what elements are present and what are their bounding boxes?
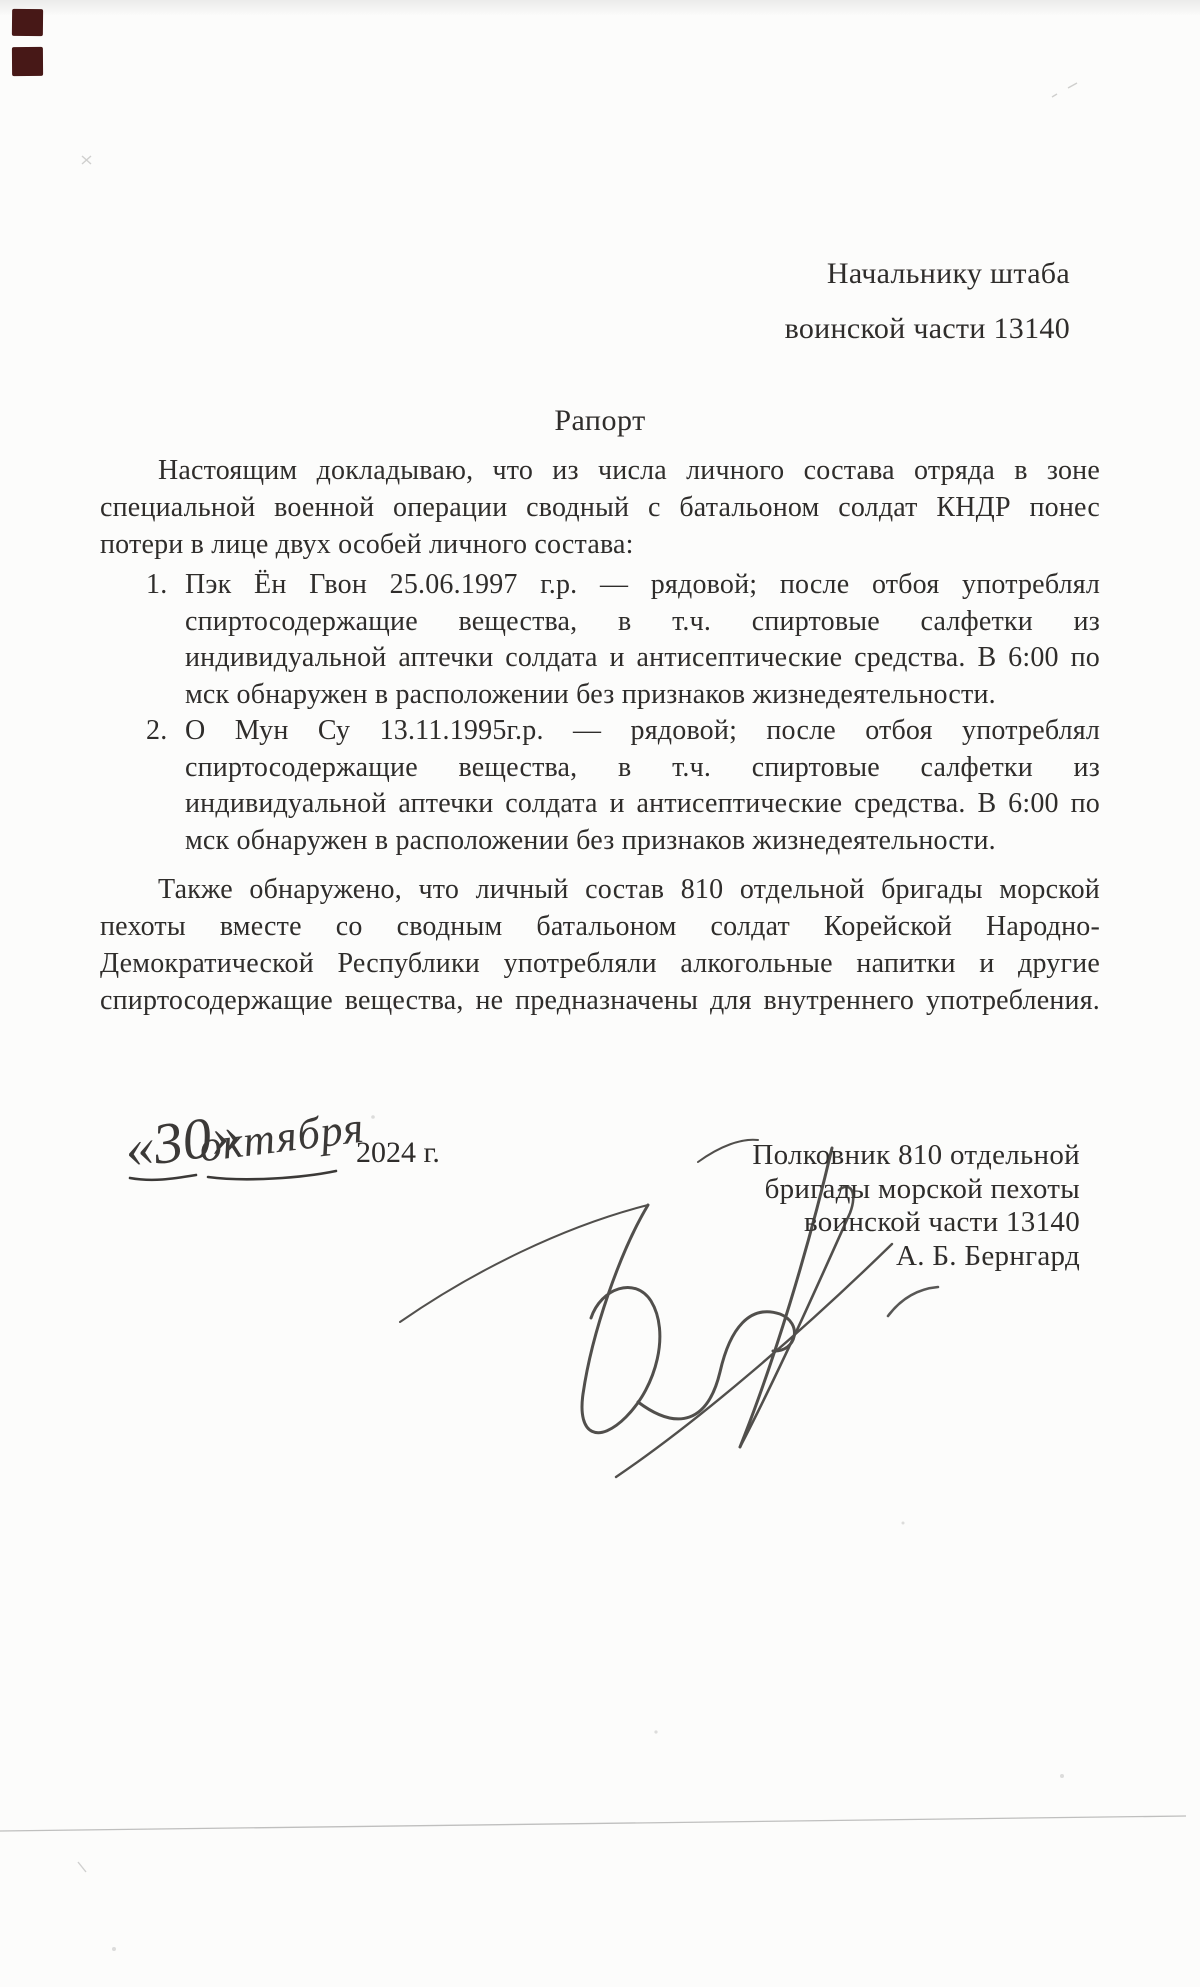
casualty-list: 1. Пэк Ён Гвон 25.06.1997 г.р. — рядовой…	[185, 567, 1100, 859]
scanned-report-page: Начальнику штаба воинской части 13140 Ра…	[0, 0, 1200, 1987]
list-item-line: мск обнаружен в расположении без признак…	[185, 677, 1100, 714]
paragraph-line: Настоящим докладываю, что из числа лично…	[100, 452, 1100, 489]
signature-scrawl	[380, 1120, 940, 1490]
corner-mark-bottom	[12, 47, 43, 76]
list-item-line: мск обнаружен в расположении без признак…	[185, 823, 1100, 860]
recipient-block: Начальнику штаба воинской части 13140	[785, 246, 1070, 356]
list-item-line: спиртосодержащие вещества, в т.ч. спирто…	[185, 604, 1100, 641]
list-item: 1. Пэк Ён Гвон 25.06.1997 г.р. — рядовой…	[185, 567, 1100, 713]
corner-mark-top	[12, 9, 43, 36]
recipient-line-1: Начальнику штаба	[785, 246, 1070, 301]
paragraph-line: пехоты вместе со сводным батальоном солд…	[100, 908, 1100, 945]
list-item-line: индивидуальной аптечки солдата и антисеп…	[185, 786, 1100, 823]
list-item-line: спиртосодержащие вещества, в т.ч. спирто…	[185, 750, 1100, 787]
paragraph-line: Демократической Республики употребляли а…	[100, 945, 1100, 982]
paragraph-line: специальной военной операции сводный с б…	[100, 489, 1100, 526]
list-item-number: 2.	[146, 713, 167, 750]
list-item-line: О Мун Су 13.11.1995г.р. — рядовой; после…	[185, 713, 1100, 750]
list-item-number: 1.	[146, 567, 167, 604]
paragraph-intro: Настоящим докладываю, что из числа лично…	[100, 452, 1100, 563]
paragraph-line: потери в лице двух особей личного состав…	[100, 526, 1100, 563]
fold-line	[0, 1816, 1186, 1831]
paragraph-line: Также обнаружено, что личный состав 810 …	[100, 871, 1100, 908]
paragraph-findings: Также обнаружено, что личный состав 810 …	[100, 871, 1100, 1019]
paragraph-line: спиртосодержащие вещества, не предназнач…	[100, 982, 1100, 1019]
list-item-line: Пэк Ён Гвон 25.06.1997 г.р. — рядовой; п…	[185, 567, 1100, 604]
handwritten-date: «30» октября	[96, 1094, 376, 1194]
list-item-line: индивидуальной аптечки солдата и антисеп…	[185, 640, 1100, 677]
recipient-line-2: воинской части 13140	[785, 301, 1070, 356]
report-title: Рапорт	[0, 404, 1200, 438]
list-item: 2. О Мун Су 13.11.1995г.р. — рядовой; по…	[185, 713, 1100, 859]
date-underline	[208, 1171, 336, 1179]
